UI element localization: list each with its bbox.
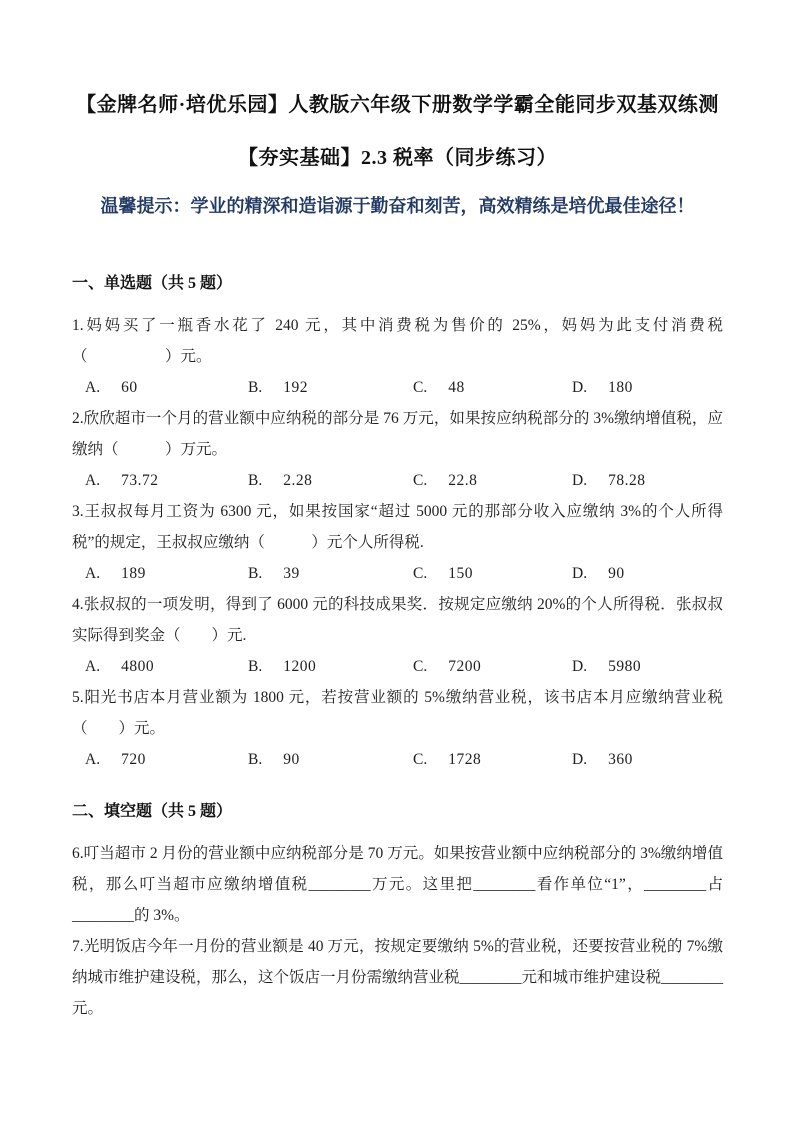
option-a-value: 4800 <box>121 651 154 682</box>
question-2-options: A.73.72 B.2.28 C.22.8 D.78.28 <box>72 465 723 496</box>
question-2-number: 2. <box>72 410 84 427</box>
question-4-number: 4. <box>72 596 84 613</box>
option-d: D.360 <box>572 744 723 775</box>
question-6: 6.叮当超市 2 月份的营业额中应纳税部分是 70 万元。如果按营业额中应纳税部… <box>72 838 723 931</box>
option-a: A.73.72 <box>85 465 248 496</box>
question-4-text: 4.张叔叔的一项发明，得到了 6000 元的科技成果奖．按规定应缴纳 20%的个… <box>72 589 723 651</box>
option-d: D.5980 <box>572 651 723 682</box>
question-1-body: 妈妈买了一瓶香水花了 240 元，其中消费税为售价的 25%，妈妈为此支付消费税… <box>72 317 723 365</box>
option-d: D.90 <box>572 558 723 589</box>
question-6-body: 叮当超市 2 月份的营业额中应纳税部分是 70 万元。如果按营业额中应纳税部分的… <box>72 845 723 924</box>
option-b-label: B. <box>248 651 262 682</box>
option-b-value: 1200 <box>283 651 316 682</box>
question-5-text: 5.阳光书店本月营业额为 1800 元，若按营业额的 5%缴纳营业税，该书店本月… <box>72 682 723 744</box>
document-title: 【金牌名师·培优乐园】人教版六年级下册数学学霸全能同步双基双练测 【夯实基础】2… <box>72 79 723 185</box>
option-d-label: D. <box>572 744 587 775</box>
option-d-value: 90 <box>608 558 625 589</box>
option-a-label: A. <box>85 651 100 682</box>
option-c: C.150 <box>413 558 572 589</box>
option-c: C.48 <box>413 372 572 403</box>
option-c: C.22.8 <box>413 465 572 496</box>
question-7-number: 7. <box>72 938 84 955</box>
question-5-options: A.720 B.90 C.1728 D.360 <box>72 744 723 775</box>
option-d-value: 180 <box>608 372 633 403</box>
option-c-label: C. <box>413 465 427 496</box>
option-b-value: 39 <box>283 558 300 589</box>
question-7-text: 7.光明饭店今年一月份的营业额是 40 万元，按规定要缴纳 5%的营业税，还要按… <box>72 931 723 1024</box>
option-a-label: A. <box>85 558 100 589</box>
option-c-value: 7200 <box>448 651 481 682</box>
question-2: 2.欣欣超市一个月的营业额中应纳税的部分是 76 万元，如果按应纳税部分的 3%… <box>72 403 723 496</box>
option-a-label: A. <box>85 744 100 775</box>
section-heading-fill-in-blank: 二、填空题（共 5 题） <box>72 801 723 823</box>
option-a-value: 720 <box>121 744 146 775</box>
question-4: 4.张叔叔的一项发明，得到了 6000 元的科技成果奖．按规定应缴纳 20%的个… <box>72 589 723 682</box>
question-6-number: 6. <box>72 845 84 862</box>
question-5-number: 5. <box>72 689 84 706</box>
title-line-2: 【夯实基础】2.3 税率（同步练习） <box>72 132 723 185</box>
option-d-value: 360 <box>608 744 633 775</box>
question-1-text: 1.妈妈买了一瓶香水花了 240 元，其中消费税为售价的 25%，妈妈为此支付消… <box>72 310 723 372</box>
option-d-value: 5980 <box>608 651 641 682</box>
option-b-value: 2.28 <box>283 465 312 496</box>
option-c-value: 48 <box>448 372 465 403</box>
option-b: B.2.28 <box>248 465 413 496</box>
option-d-label: D. <box>572 558 587 589</box>
question-1-options: A.60 B.192 C.48 D.180 <box>72 372 723 403</box>
option-c-value: 150 <box>448 558 473 589</box>
option-a-label: A. <box>85 372 100 403</box>
option-c-label: C. <box>413 651 427 682</box>
option-d-value: 78.28 <box>608 465 645 496</box>
option-a-value: 189 <box>121 558 146 589</box>
question-7: 7.光明饭店今年一月份的营业额是 40 万元，按规定要缴纳 5%的营业税，还要按… <box>72 931 723 1024</box>
question-1: 1.妈妈买了一瓶香水花了 240 元，其中消费税为售价的 25%，妈妈为此支付消… <box>72 310 723 403</box>
option-d-label: D. <box>572 651 587 682</box>
option-b-label: B. <box>248 558 262 589</box>
option-a: A.720 <box>85 744 248 775</box>
question-4-body: 张叔叔的一项发明，得到了 6000 元的科技成果奖．按规定应缴纳 20%的个人所… <box>72 596 723 644</box>
option-a: A.189 <box>85 558 248 589</box>
option-b: B.39 <box>248 558 413 589</box>
option-d-label: D. <box>572 465 587 496</box>
question-7-body: 光明饭店今年一月份的营业额是 40 万元，按规定要缴纳 5%的营业税，还要按营业… <box>72 938 723 1017</box>
question-3: 3.王叔叔每月工资为 6300 元，如果按国家“超过 5000 元的那部分收入应… <box>72 496 723 589</box>
option-a-value: 73.72 <box>121 465 158 496</box>
title-line-1: 【金牌名师·培优乐园】人教版六年级下册数学学霸全能同步双基双练测 <box>72 79 723 132</box>
option-d-label: D. <box>572 372 587 403</box>
option-b-value: 192 <box>283 372 308 403</box>
question-2-text: 2.欣欣超市一个月的营业额中应纳税的部分是 76 万元，如果按应纳税部分的 3%… <box>72 403 723 465</box>
option-c-label: C. <box>413 744 427 775</box>
option-c: C.7200 <box>413 651 572 682</box>
option-c-value: 1728 <box>448 744 481 775</box>
option-b: B.192 <box>248 372 413 403</box>
question-2-body: 欣欣超市一个月的营业额中应纳税的部分是 76 万元，如果按应纳税部分的 3%缴纳… <box>72 410 723 458</box>
question-3-options: A.189 B.39 C.150 D.90 <box>72 558 723 589</box>
question-4-options: A.4800 B.1200 C.7200 D.5980 <box>72 651 723 682</box>
option-b-label: B. <box>248 372 262 403</box>
option-a: A.60 <box>85 372 248 403</box>
question-3-number: 3. <box>72 503 84 520</box>
question-1-number: 1. <box>72 317 84 334</box>
question-3-body: 王叔叔每月工资为 6300 元，如果按国家“超过 5000 元的那部分收入应缴纳… <box>72 503 723 551</box>
option-d: D.180 <box>572 372 723 403</box>
option-b-label: B. <box>248 744 262 775</box>
question-5-body: 阳光书店本月营业额为 1800 元，若按营业额的 5%缴纳营业税，该书店本月应缴… <box>72 689 723 737</box>
question-5: 5.阳光书店本月营业额为 1800 元，若按营业额的 5%缴纳营业税，该书店本月… <box>72 682 723 775</box>
question-6-text: 6.叮当超市 2 月份的营业额中应纳税部分是 70 万元。如果按营业额中应纳税部… <box>72 838 723 931</box>
option-b-value: 90 <box>283 744 300 775</box>
option-b: B.1200 <box>248 651 413 682</box>
section-heading-multiple-choice: 一、单选题（共 5 题） <box>72 273 723 295</box>
option-a-label: A. <box>85 465 100 496</box>
option-c-value: 22.8 <box>448 465 477 496</box>
option-a: A.4800 <box>85 651 248 682</box>
worksheet-page: 【金牌名师·培优乐园】人教版六年级下册数学学霸全能同步双基双练测 【夯实基础】2… <box>0 0 793 1122</box>
option-c: C.1728 <box>413 744 572 775</box>
option-b: B.90 <box>248 744 413 775</box>
tip-line: 温馨提示：学业的精深和造诣源于勤奋和刻苦，高效精练是培优最佳途径！ <box>72 191 723 221</box>
option-c-label: C. <box>413 558 427 589</box>
option-d: D.78.28 <box>572 465 723 496</box>
option-c-label: C. <box>413 372 427 403</box>
option-b-label: B. <box>248 465 262 496</box>
question-3-text: 3.王叔叔每月工资为 6300 元，如果按国家“超过 5000 元的那部分收入应… <box>72 496 723 558</box>
option-a-value: 60 <box>121 372 138 403</box>
